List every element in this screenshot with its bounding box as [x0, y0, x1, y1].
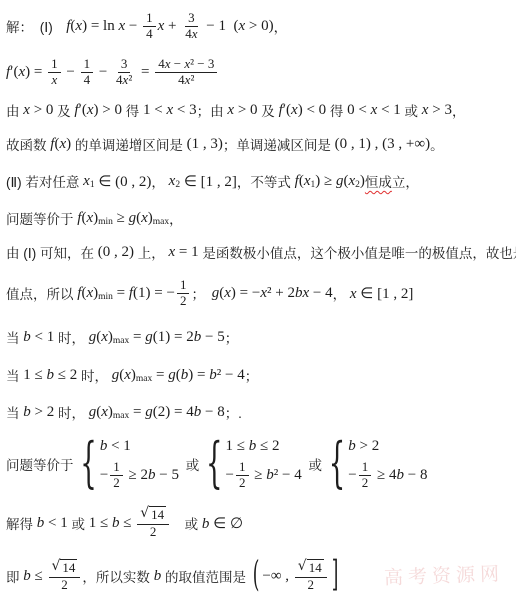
text-run: ；由 [197, 100, 228, 120]
math-run: 1 [113, 460, 120, 475]
fraction: √142 [49, 559, 81, 592]
subscript: max [113, 336, 129, 346]
math-run: = g(1) = 2b − 5 [129, 329, 224, 346]
math-run: 1 ≤ b ≤ 2 [23, 367, 77, 384]
text-run: 或 [68, 513, 89, 533]
denominator: 2 [359, 476, 372, 491]
math-run: f(x) [50, 136, 71, 153]
denominator: 4x [182, 27, 200, 42]
radical-icon: √ [140, 506, 149, 521]
math-run: x > 0 [227, 102, 257, 119]
numerator: 1 [110, 460, 123, 476]
radical-icon: √ [298, 559, 307, 574]
numerator: √14 [295, 559, 327, 577]
text-run: 解： (Ⅰ) [6, 16, 66, 36]
math-run: b < 1 [37, 515, 68, 532]
big-bracket: ] [332, 558, 339, 594]
fraction: 34x² [113, 57, 135, 88]
denominator: 4x² [175, 73, 197, 88]
text-run: 当 [6, 402, 23, 422]
math-run: 4x [185, 27, 197, 42]
math-run: x [83, 173, 90, 190]
numerator: 4x − x² − 3 [155, 57, 217, 73]
numerator: 1 [177, 278, 190, 294]
fraction: 14 [81, 57, 94, 88]
math-run: 2 [362, 476, 369, 491]
square-root: √14 [298, 559, 324, 576]
case-row: b > 2 [348, 438, 379, 455]
line-9-case-b-less-1: 当 b < 1 时， g(x)max = g(1) = 2b − 5； [6, 318, 516, 356]
math-solution-page: 解： (Ⅰ) f(x) = ln x − 14x + 34x − 1 (x > … [0, 0, 516, 608]
math-run: x > 0 [23, 102, 53, 119]
text-run: ，所以实数 [82, 566, 153, 586]
math-run: −∞ , [262, 568, 292, 585]
math-run: − [226, 467, 234, 484]
math-run: 2 [113, 476, 120, 491]
math-run: f′(x) = [6, 64, 46, 81]
text-run: 解得 [6, 513, 37, 533]
fraction: 34x [182, 11, 200, 42]
numerator: √14 [49, 559, 81, 577]
text-run: ， [274, 16, 288, 36]
line-10-case-b-between: 当 1 ≤ b ≤ 2 时， g(x)max = g(b) = b² − 4； [6, 356, 516, 394]
line-3-sign-analysis: 由 x > 0 及 f′(x) > 0 得 1 < x < 3；由 x > 0 … [6, 94, 516, 126]
denominator: 2 [304, 578, 317, 593]
fraction: 12 [110, 460, 123, 491]
brace-icon: { [206, 437, 223, 492]
subscript: min [98, 292, 113, 302]
math-run: f(x) [77, 210, 98, 227]
math-run: 1 [146, 11, 153, 26]
math-run: 1 ≤ b ≤ 2 [226, 438, 280, 455]
text-run: 问题等价于 [6, 454, 77, 474]
case-rows: b < 1−12 ≥ 2b − 5 [100, 438, 179, 491]
math-run: 2 [61, 578, 68, 593]
math-run: b > 2 [348, 438, 379, 455]
case-system: {1 ≤ b ≤ 2−12 ≥ b² − 4 [206, 438, 302, 491]
line-2-derivative: f′(x) = 1x − 14 − 34x² = 4x − x² − 34x² [6, 50, 516, 94]
text-run: 立， [392, 171, 419, 191]
math-run: x [51, 73, 57, 88]
text-run: 或 [401, 100, 422, 120]
math-run: 1 [84, 57, 91, 72]
math-run: f(x [295, 173, 311, 190]
text-run: ； [191, 283, 211, 303]
math-run: 1 ≤ b ≤ [89, 515, 135, 532]
case-row: b < 1 [100, 438, 131, 455]
text-run: ， [169, 208, 183, 228]
numerator: 3 [185, 11, 198, 27]
math-run: ln [103, 18, 118, 35]
text-run: 上， [134, 242, 169, 262]
denominator: 2 [147, 525, 160, 540]
line-14-final-range: 即 b ≤ √142，所以实数 b 的取值范围是 (−∞ , √142] [6, 548, 516, 604]
denominator: 2 [58, 578, 71, 593]
subscript: 1 [90, 180, 95, 190]
math-run: 4x² [116, 73, 132, 88]
line-11-case-b-greater-2: 当 b > 2 时， g(x)max = g(2) = 4b − 8；. [6, 394, 516, 430]
text-run: 或 [182, 454, 203, 474]
numerator: 1 [81, 57, 94, 73]
math-run: f(x) [77, 285, 98, 302]
fraction: 14 [143, 11, 156, 42]
math-run: − 1 (x > 0) [203, 18, 274, 35]
math-run: 3 [188, 11, 195, 26]
math-run: g(x) [89, 329, 113, 346]
math-run: 3 [121, 57, 128, 72]
line-1-function-definition: 解： (Ⅰ) f(x) = ln x − 14x + 34x − 1 (x > … [6, 2, 516, 50]
math-run: 1 [180, 278, 187, 293]
numerator: 1 [48, 57, 61, 73]
math-run: b ≤ [23, 568, 46, 585]
math-run: b ∈ ∅ [202, 514, 243, 533]
radicand: 14 [60, 559, 77, 576]
math-run: 0 < x < 1 [347, 102, 401, 119]
math-run: = [137, 64, 153, 81]
math-run: x ∈ [1 , 2] [350, 284, 414, 303]
case-rows: 1 ≤ b ≤ 2−12 ≥ b² − 4 [226, 438, 302, 491]
numerator: 1 [236, 460, 249, 476]
case-system: {b > 2−12 ≥ 4b − 8 [329, 438, 428, 491]
subscript: 1 [311, 180, 316, 190]
text-run: 或 [171, 513, 202, 533]
math-run: x − [118, 18, 141, 35]
math-run: x [169, 173, 176, 190]
math-run: 1 [239, 460, 246, 475]
math-run: f(x) = [66, 18, 103, 35]
subscript: max [136, 374, 152, 384]
line-7-min-point-reason: 由 (Ⅰ) 可知，在 (0 , 2) 上， x = 1 是函数极小值点，这个极小… [6, 236, 516, 268]
text-run: 是函数极小值点，这个极小值是唯一的极值点，故也是最小 [199, 242, 516, 262]
math-run: g(x) = −x² + 2bx − 4 [212, 285, 333, 302]
math-run: = g(2) = 4b − 8 [129, 404, 224, 421]
text-run: 由 (Ⅰ) 可知，在 [6, 242, 98, 262]
line-4-monotone-intervals: 故函数 f(x) 的单调递增区间是 (1 , 3)；单调递减区间是 (0 , 1… [6, 126, 516, 162]
text-run: ，不等式 [237, 171, 295, 191]
math-run: g(x) [112, 367, 136, 384]
math-run: = f(1) = − [113, 285, 175, 302]
fraction: 4x − x² − 34x² [155, 57, 217, 88]
text-run: 得 [326, 100, 347, 120]
math-run: g(x) [89, 404, 113, 421]
fraction: 1x [48, 57, 61, 88]
denominator: 4 [143, 27, 156, 42]
case-rows: b > 2−12 ≥ 4b − 8 [348, 438, 427, 491]
text-run: ；单调递减区间是 [223, 134, 335, 154]
text-run: (Ⅱ) 若对任意 [6, 171, 83, 191]
subscript: max [113, 411, 129, 421]
subscript: min [98, 217, 113, 227]
text-run: 及 [53, 100, 74, 120]
misspell-wavy-text: 恒成 [365, 171, 392, 191]
math-run: ≥ b² − 4 [251, 467, 302, 484]
math-run: (1 , 3) [187, 136, 223, 153]
case-row: −12 ≥ 2b − 5 [100, 460, 179, 491]
math-run: = g(b) = b² − 4 [152, 367, 244, 384]
math-run: 4 [146, 27, 153, 42]
line-13-solve-result: 解得 b < 1 或 1 ≤ b ≤ √142 或 b ∈ ∅ [6, 498, 516, 548]
radical-icon: √ [52, 559, 61, 574]
denominator: 4x² [113, 73, 135, 88]
math-run: (0 , 2) [98, 244, 134, 261]
text-run: ， [151, 171, 168, 191]
math-run: b < 1 [23, 329, 54, 346]
denominator: 2 [110, 476, 123, 491]
math-run: x = 1 [169, 244, 199, 261]
text-run: 或 [305, 454, 326, 474]
math-run: 2 [180, 294, 187, 309]
text-run: 当 [6, 365, 23, 385]
text-run: 得 [122, 100, 143, 120]
math-run: b < 1 [100, 438, 131, 455]
text-run: ， [452, 100, 466, 120]
math-run: (0 , 1) , (3 , +∞) [335, 136, 430, 153]
fraction: √142 [295, 559, 327, 592]
text-run: 值点，所以 [6, 283, 77, 303]
case-system: {b < 1−12 ≥ 2b − 5 [80, 438, 179, 491]
math-run: ) ≥ g(x [315, 173, 355, 190]
brace-icon: { [329, 437, 346, 492]
math-run: − [348, 467, 356, 484]
text-run: 及 [258, 100, 279, 120]
text-run: 的取值范围是 [161, 566, 250, 586]
text-run: 时， [77, 365, 112, 385]
line-6-equivalent-minmax: 问题等价于 f(x)min ≥ g(x)max， [6, 200, 516, 236]
text-run: ；. [225, 402, 242, 422]
big-bracket: ( [253, 558, 260, 594]
solution-lines: 解： (Ⅰ) f(x) = ln x − 14x + 34x − 1 (x > … [6, 2, 516, 604]
text-run: 由 [6, 100, 23, 120]
denominator: 2 [177, 294, 190, 309]
line-8-fmin-and-g: 值点，所以 f(x)min = f(1) = −12； g(x) = −x² +… [6, 268, 516, 318]
denominator: x [48, 73, 60, 88]
math-run: − [63, 64, 79, 81]
numerator: 1 [143, 11, 156, 27]
case-row: −12 ≥ b² − 4 [226, 460, 302, 491]
text-run: ； [245, 365, 259, 385]
text-run: 时， [54, 327, 89, 347]
fraction: 12 [359, 460, 372, 491]
subscript: 2 [175, 180, 180, 190]
square-root: √14 [140, 506, 166, 523]
math-run: 4x² [178, 73, 194, 88]
fraction: 12 [177, 278, 190, 309]
text-run: ， [333, 283, 350, 303]
math-run: f′(x) > 0 [74, 102, 122, 119]
numerator: 1 [359, 460, 372, 476]
subscript: 2 [355, 180, 360, 190]
text-run: 时， [54, 402, 89, 422]
text-run: 当 [6, 327, 23, 347]
math-run: 1 < x < 3 [143, 102, 197, 119]
numerator: 3 [118, 57, 131, 73]
math-run: b [154, 568, 162, 585]
text-run: ； [225, 327, 239, 347]
math-run: 2 [307, 578, 314, 593]
radicand: 14 [149, 506, 166, 523]
numerator: √14 [137, 506, 169, 524]
math-run: ≥ g(x) [113, 210, 153, 227]
math-run: ∈ [1 , 2] [180, 172, 237, 191]
case-row: −12 ≥ 4b − 8 [348, 460, 427, 491]
math-run: 2 [150, 525, 157, 540]
math-run: ≥ 4b − 8 [373, 467, 427, 484]
math-run: 2 [239, 476, 246, 491]
text-run: 故函数 [6, 134, 50, 154]
text-run: 问题等价于 [6, 208, 77, 228]
math-run: − [95, 64, 111, 81]
square-root: √14 [52, 559, 78, 576]
case-row: 1 ≤ b ≤ 2 [226, 438, 280, 455]
math-run: 1 [362, 460, 369, 475]
math-run: x > 3 [422, 102, 452, 119]
fraction: √142 [137, 506, 169, 539]
subscript: max [153, 217, 169, 227]
math-run: 1 [51, 57, 58, 72]
denominator: 2 [236, 476, 249, 491]
text-run: 的单调递增区间是 [71, 134, 187, 154]
text-run: 。 [430, 134, 444, 154]
math-run: x + [158, 18, 181, 35]
line-12-case-systems: 问题等价于 {b < 1−12 ≥ 2b − 5 或 {1 ≤ b ≤ 2−12… [6, 430, 516, 498]
math-run: 4 [84, 73, 91, 88]
math-run: ∈ (0 , 2) [95, 172, 152, 191]
denominator: 4 [81, 73, 94, 88]
radicand: 14 [307, 559, 324, 576]
fraction: 12 [236, 460, 249, 491]
math-run: 4x − x² − 3 [158, 57, 214, 72]
math-run: ≥ 2b − 5 [125, 467, 179, 484]
brace-icon: { [80, 437, 97, 492]
math-run: b > 2 [23, 404, 54, 421]
text-run: 即 [6, 566, 23, 586]
math-run: − [100, 467, 108, 484]
math-run: f′(x) < 0 [279, 102, 327, 119]
line-5-part2-condition: (Ⅱ) 若对任意 x1 ∈ (0 , 2)， x2 ∈ [1 , 2]，不等式 … [6, 162, 516, 200]
